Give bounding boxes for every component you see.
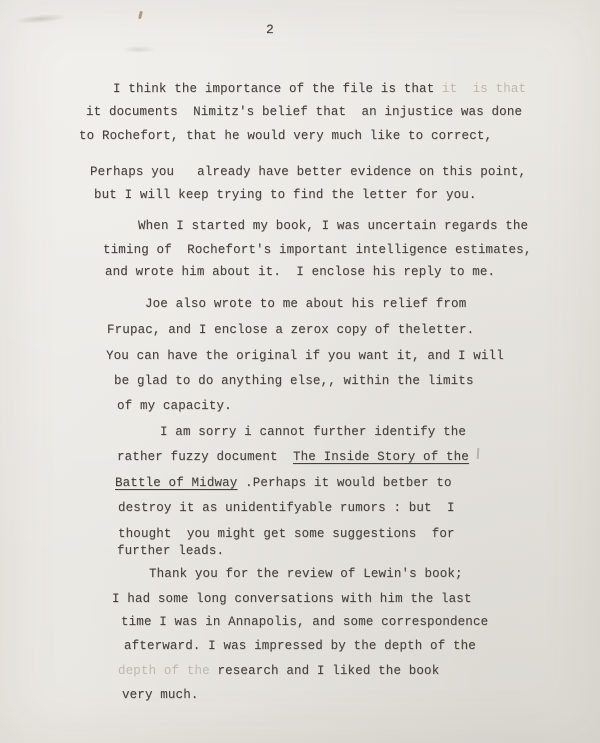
text-line: thought you might get some suggestions f… bbox=[118, 526, 455, 542]
text-segment: rather fuzzy document bbox=[117, 450, 293, 464]
text-segment: I think the importance of the file is th… bbox=[113, 82, 442, 96]
text-segment: You can have the original if you want it… bbox=[106, 349, 504, 363]
text-segment: I had some long conversations with him t… bbox=[112, 592, 472, 606]
text-line: but I will keep trying to find the lette… bbox=[94, 187, 477, 203]
text-line: timing of Rochefort's important intellig… bbox=[103, 242, 531, 258]
text-segment: timing of Rochefort's important intellig… bbox=[103, 243, 531, 257]
text-segment: of my capacity. bbox=[117, 399, 232, 413]
text-line: You can have the original if you want it… bbox=[106, 348, 504, 364]
text-line: I am sorry i cannot further identify the bbox=[160, 424, 466, 440]
text-segment: destroy it as unidentifyable rumors : bu… bbox=[118, 501, 455, 515]
text-line: When I started my book, I was uncertain … bbox=[138, 218, 528, 234]
text-segment: thought you might get some suggestions f… bbox=[118, 527, 455, 541]
text-segment: I am sorry i cannot further identify the bbox=[160, 425, 466, 439]
text-line: Joe also wrote to me about his relief fr… bbox=[145, 296, 466, 312]
text-line: I think the importance of the file is th… bbox=[113, 81, 526, 97]
page-number: 2 bbox=[266, 22, 274, 37]
text-segment: time I was in Annapolis, and some corres… bbox=[121, 615, 488, 629]
underlined-title: The Inside Story of the bbox=[293, 450, 469, 464]
text-line: further leads. bbox=[117, 543, 224, 559]
text-line: very much. bbox=[122, 687, 199, 703]
text-line: to Rochefort, that he would very much li… bbox=[79, 128, 492, 144]
text-segment: Frupac, and I enclose a zerox copy of th… bbox=[107, 323, 474, 337]
faded-text: depth of the bbox=[118, 664, 217, 678]
text-line: I had some long conversations with him t… bbox=[112, 591, 472, 607]
text-segment: .Perhaps it would betber to bbox=[237, 476, 451, 490]
text-segment: be glad to do anything else,, within the… bbox=[114, 374, 474, 388]
text-line: afterward. I was impressed by the depth … bbox=[124, 638, 476, 654]
text-line: Perhaps you already have better evidence… bbox=[90, 164, 526, 180]
underlined-title: Battle of Midway bbox=[115, 476, 237, 490]
text-segment: further leads. bbox=[117, 544, 224, 558]
text-line: of my capacity. bbox=[117, 398, 232, 414]
text-line: destroy it as unidentifyable rumors : bu… bbox=[118, 500, 455, 516]
text-segment: afterward. I was impressed by the depth … bbox=[124, 639, 476, 653]
text-line: Thank you for the review of Lewin's book… bbox=[149, 566, 463, 582]
text-segment: and wrote him about it. I enclose his re… bbox=[105, 265, 495, 279]
text-segment: Perhaps you already have better evidence… bbox=[90, 165, 526, 179]
text-segment: it documents Nimitz's belief that an inj… bbox=[86, 105, 522, 119]
text-segment: When I started my book, I was uncertain … bbox=[138, 219, 528, 233]
faded-text: it is that bbox=[442, 82, 526, 96]
text-segment: but I will keep trying to find the lette… bbox=[94, 188, 477, 202]
ink-fleck bbox=[138, 11, 143, 19]
text-line: rather fuzzy document The Inside Story o… bbox=[117, 449, 469, 465]
text-segment: to Rochefort, that he would very much li… bbox=[79, 129, 492, 143]
text-line: time I was in Annapolis, and some corres… bbox=[121, 614, 488, 630]
text-segment: Thank you for the review of Lewin's book… bbox=[149, 567, 463, 581]
text-segment: Joe also wrote to me about his relief fr… bbox=[145, 297, 466, 311]
text-line: depth of the research and I liked the bo… bbox=[118, 663, 439, 679]
text-segment: very much. bbox=[122, 688, 199, 702]
text-line: be glad to do anything else,, within the… bbox=[114, 373, 474, 389]
text-line: and wrote him about it. I enclose his re… bbox=[105, 264, 495, 280]
pencil-smudge bbox=[14, 13, 66, 26]
pencil-smudge bbox=[122, 46, 156, 53]
text-line: Battle of Midway .Perhaps it would betbe… bbox=[115, 475, 452, 491]
text-line: it documents Nimitz's belief that an inj… bbox=[86, 104, 522, 120]
text-segment: research and I liked the book bbox=[217, 664, 439, 678]
text-line: Frupac, and I enclose a zerox copy of th… bbox=[107, 322, 474, 338]
stray-mark bbox=[477, 448, 480, 459]
